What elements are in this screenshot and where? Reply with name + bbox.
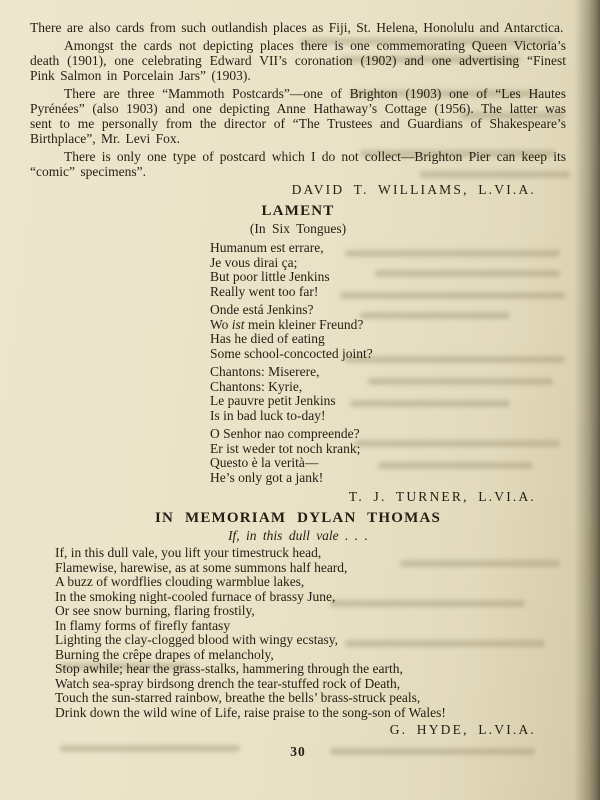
poem-title-lament: LAMENT bbox=[30, 203, 566, 220]
poem-line: Chantons: Miserere, bbox=[210, 365, 566, 380]
poem-line: Burning the crêpe drapes of melancholy, bbox=[55, 648, 566, 663]
poem-line: Wo ist mein kleiner Freund? bbox=[210, 318, 566, 333]
poem-lament-section: LAMENT (In Six Tongues) Humanum est erra… bbox=[30, 203, 566, 505]
poem-line: He’s only got a jank! bbox=[210, 471, 566, 486]
poem-line: Humanum est errare, bbox=[210, 241, 566, 256]
poem-line: But poor little Jenkins bbox=[210, 270, 566, 285]
poem-in-memoriam-body: If, in this dull vale, you lift your tim… bbox=[55, 546, 566, 720]
paragraph-mammoth-postcards: There are three “Mammoth Postcards”—one … bbox=[30, 86, 566, 146]
poem-line: Touch the sun-starred rainbow, breathe t… bbox=[55, 691, 566, 706]
poem-line: Is in bad luck to-day! bbox=[210, 409, 566, 424]
article-postcards: There are also cards from such outlandis… bbox=[30, 20, 566, 198]
poem-line: O Senhor nao compreende? bbox=[210, 427, 566, 442]
poem-line: Stop awhile; hear the grass-stalks, hamm… bbox=[55, 662, 566, 677]
stanza-1: Humanum est errare, Je vous dirai ça; Bu… bbox=[210, 241, 566, 299]
poem-in-memoriam-section: IN MEMORIAM DYLAN THOMAS If, in this dul… bbox=[30, 510, 566, 738]
stanza-4: O Senhor nao compreende? Er ist weder to… bbox=[210, 427, 566, 485]
attribution-g-hyde: G. HYDE, L.VI.A. bbox=[30, 722, 566, 738]
paragraph-outlandish-places: There are also cards from such outlandis… bbox=[30, 20, 566, 35]
attribution-tj-turner: T. J. TURNER, L.VI.A. bbox=[30, 489, 566, 505]
poem-line: Chantons: Kyrie, bbox=[210, 380, 566, 395]
poem-line: Has he died of eating bbox=[210, 332, 566, 347]
poem-title-in-memoriam: IN MEMORIAM DYLAN THOMAS bbox=[30, 510, 566, 527]
poem-line: Le pauvre petit Jenkins bbox=[210, 394, 566, 409]
poem-line: Questo è la verità— bbox=[210, 456, 566, 471]
poem-line: Er ist weder tot noch krank; bbox=[210, 442, 566, 457]
attribution-david-williams: DAVID T. WILLIAMS, L.VI.A. bbox=[30, 182, 566, 198]
paragraph-commemorative-cards: Amongst the cards not depicting places t… bbox=[30, 38, 566, 83]
poem-subtitle-six-tongues: (In Six Tongues) bbox=[30, 221, 566, 237]
poem-lament-body: Humanum est errare, Je vous dirai ça; Bu… bbox=[210, 241, 566, 485]
page-content: There are also cards from such outlandis… bbox=[30, 20, 566, 760]
poem-line: Drink down the wild wine of Life, raise … bbox=[55, 706, 566, 721]
poem-line: Lighting the clay-clogged blood with win… bbox=[55, 633, 566, 648]
stanza-2: Onde está Jenkins? Wo ist mein kleiner F… bbox=[210, 303, 566, 361]
poem-line: A buzz of wordflies clouding warmblue la… bbox=[55, 575, 566, 590]
page-number: 30 bbox=[30, 744, 566, 760]
poem-line: If, in this dull vale, you lift your tim… bbox=[55, 546, 566, 561]
paragraph-brighton-pier: There is only one type of postcard which… bbox=[30, 149, 566, 179]
poem-line: Or see snow burning, flaring frostily, bbox=[55, 604, 566, 619]
line-part: mein kleiner Freund? bbox=[245, 317, 364, 332]
poem-line: Watch sea-spray birdsong drench the tear… bbox=[55, 677, 566, 692]
poem-line: Onde está Jenkins? bbox=[210, 303, 566, 318]
line-part-italic: ist bbox=[232, 317, 245, 332]
poem-line: Some school-concocted joint? bbox=[210, 347, 566, 362]
poem-epigraph: If, in this dull vale . . . bbox=[30, 528, 566, 544]
poem-line: Je vous dirai ça; bbox=[210, 256, 566, 271]
poem-line: Really went too far! bbox=[210, 285, 566, 300]
line-part: Wo bbox=[210, 317, 232, 332]
scanned-page: There are also cards from such outlandis… bbox=[0, 0, 600, 800]
poem-line: In the smoking night-cooled furnace of b… bbox=[55, 590, 566, 605]
poem-line: Flamewise, harewise, as at some summons … bbox=[55, 561, 566, 576]
poem-line: In flamy forms of firefly fantasy bbox=[55, 619, 566, 634]
stanza-3: Chantons: Miserere, Chantons: Kyrie, Le … bbox=[210, 365, 566, 423]
